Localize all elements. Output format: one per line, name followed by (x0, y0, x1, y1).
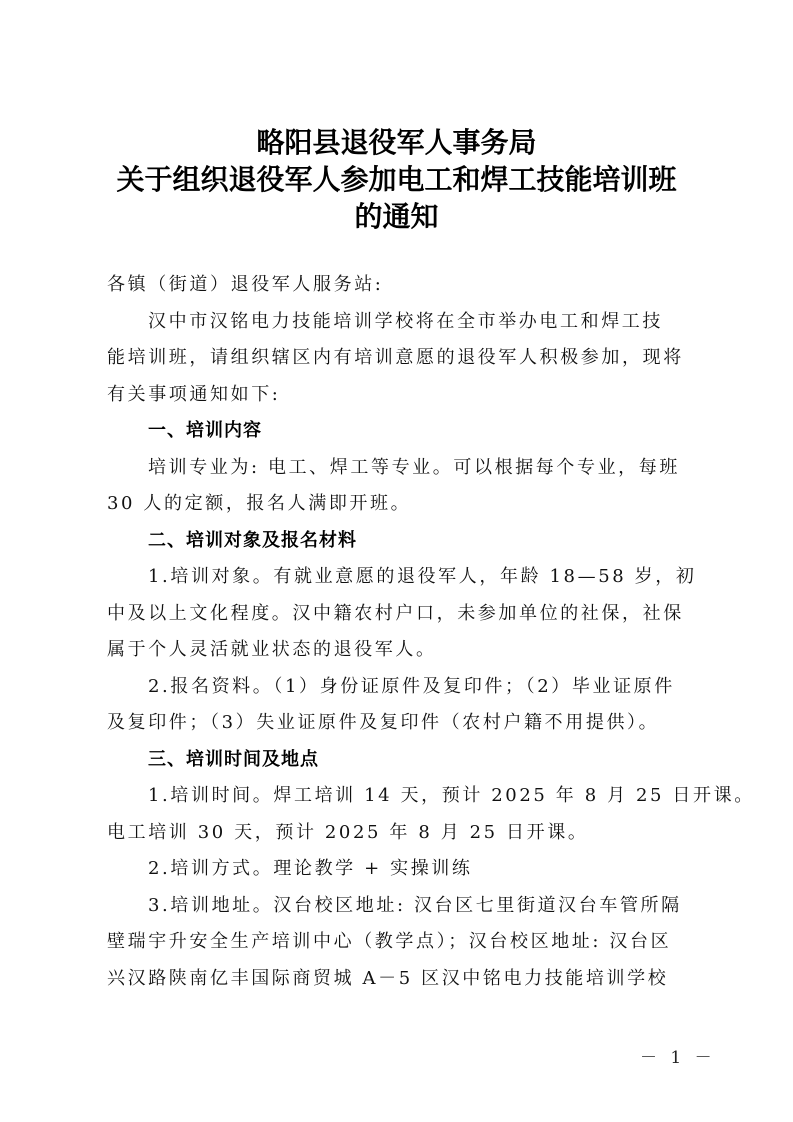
title-line-issuer: 略阳县退役军人事务局 (0, 124, 793, 161)
training-time-line: 电工培训 30 天，预计 2025 年 8 月 25 日开课。 (107, 815, 692, 852)
training-content-line: 30 人的定额，报名人满即开班。 (107, 486, 692, 523)
training-address-line: 3.培训地址。汉台校区地址: 汉台区七里街道汉台车管所隔 (107, 888, 692, 925)
section-heading-training-content: 一、培训内容 (107, 413, 692, 450)
document-body: 各镇（街道）退役军人服务站: 汉中市汉铭电力技能培训学校将在全市举办电工和焊工技… (107, 267, 692, 997)
intro-paragraph-line: 汉中市汉铭电力技能培训学校将在全市举办电工和焊工技 (107, 304, 692, 341)
section-heading-eligibility: 二、培训对象及报名材料 (107, 523, 692, 560)
salutation: 各镇（街道）退役军人服务站: (107, 267, 692, 304)
document-page: 略阳县退役军人事务局 关于组织退役军人参加电工和焊工技能培训班 的通知 各镇（街… (0, 0, 793, 1122)
intro-paragraph-line: 有关事项通知如下: (107, 377, 692, 414)
materials-line: 及复印件；（3）失业证原件及复印件（农村户籍不用提供）。 (107, 705, 692, 742)
training-time-line: 1.培训时间。焊工培训 14 天，预计 2025 年 8 月 25 日开课。 (107, 778, 692, 815)
materials-line: 2.报名资料。（1）身份证原件及复印件；（2）毕业证原件 (107, 669, 692, 706)
training-method-line: 2.培训方式。理论教学 + 实操训练 (107, 851, 692, 888)
eligibility-line: 中及以上文化程度。汉中籍农村户口，未参加单位的社保，社保 (107, 596, 692, 633)
training-address-line: 壁瑞宇升安全生产培训中心（教学点）；汉台校区地址: 汉台区 (107, 924, 692, 961)
title-line-notice: 的通知 (0, 198, 793, 235)
intro-paragraph-line: 能培训班，请组织辖区内有培训意愿的退役军人积极参加，现将 (107, 340, 692, 377)
eligibility-line: 属于个人灵活就业状态的退役军人。 (107, 632, 692, 669)
training-address-line: 兴汉路陕南亿丰国际商贸城 A－5 区汉中铭电力技能培训学校 (107, 961, 692, 998)
section-heading-time-location: 三、培训时间及地点 (107, 742, 692, 779)
page-number: － 1 － (640, 1043, 716, 1068)
eligibility-line: 1.培训对象。有就业意愿的退役军人，年龄 18—58 岁，初 (107, 559, 692, 596)
document-title: 略阳县退役军人事务局 关于组织退役军人参加电工和焊工技能培训班 的通知 (0, 124, 793, 235)
title-line-subject: 关于组织退役军人参加电工和焊工技能培训班 (0, 161, 793, 198)
training-content-line: 培训专业为: 电工、焊工等专业。可以根据每个专业，每班 (107, 450, 692, 487)
